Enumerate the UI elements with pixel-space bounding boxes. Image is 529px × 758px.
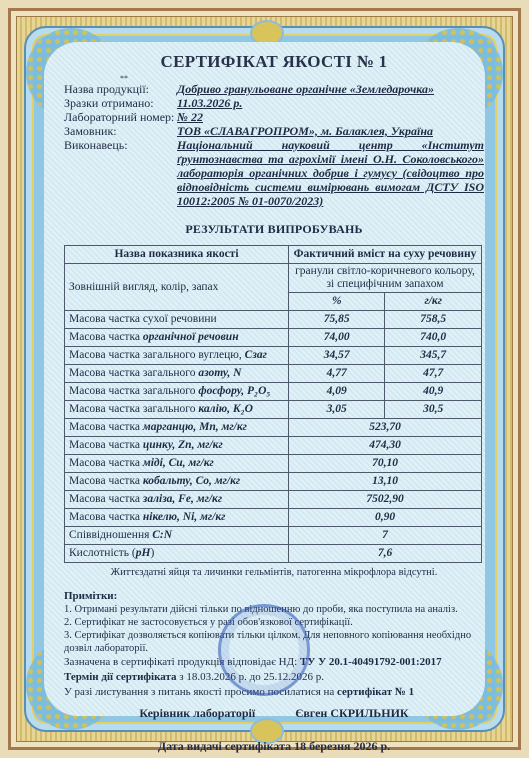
value-gkg: 47,7 <box>385 365 482 383</box>
indicator-emph: кобальту, Co, мг/кг <box>143 475 240 487</box>
stamp-seal <box>218 604 310 696</box>
indicator-name: Кислотність (pH) <box>65 545 289 563</box>
table-row: Масова частка загального азоту, N4,7747,… <box>65 365 482 383</box>
table-row: Масова частка загального вуглецю, Сзаг34… <box>65 347 482 365</box>
info-label: Лабораторний номер: <box>64 110 177 124</box>
table-row: Співвідношення C:N7 <box>65 527 482 545</box>
header-name: Назва показника якості <box>65 246 289 264</box>
value: 13,10 <box>289 473 482 491</box>
notes-title: Примітки: <box>64 590 484 603</box>
info-value: 11.03.2026 р. <box>177 96 484 110</box>
indicator-name: Масова частка загального вуглецю, Сзаг <box>65 347 289 365</box>
value-percent: 34,57 <box>289 347 385 365</box>
indicator-emph: C:N <box>152 529 172 541</box>
table-row: Масова частка загального фосфору, P₂O₅4,… <box>65 383 482 401</box>
correspondence-ref: сертифікат № 1 <box>337 686 414 698</box>
table-row: Масова частка марганцю, Mn, мг/кг523,70 <box>65 419 482 437</box>
info-row: Лабораторний номер:№ 22 <box>64 110 484 124</box>
value-percent: 75,85 <box>289 311 385 329</box>
indicator-name: Масова частка марганцю, Mn, мг/кг <box>65 419 289 437</box>
value: 523,70 <box>289 419 482 437</box>
table-row: Зовнішній вигляд, колір, запахгранули св… <box>65 264 482 293</box>
indicator-emph: азоту, N <box>198 367 241 379</box>
indicator-emph: Сзаг <box>245 349 267 361</box>
indicator-name: Масова частка цинку, Zn, мг/кг <box>65 437 289 455</box>
value-percent: 3,05 <box>289 401 385 419</box>
value: 7502,90 <box>289 491 482 509</box>
info-value: № 22 <box>177 110 484 124</box>
table-row: Масова частка міді, Cu, мг/кг70,10 <box>65 455 482 473</box>
info-row: Виконавець:Національний науковий центр «… <box>64 138 484 208</box>
info-row: Зразки отримано:11.03.2026 р. <box>64 96 484 110</box>
indicator-emph: заліза, Fe, мг/кг <box>143 493 222 505</box>
indicator-name: Співвідношення C:N <box>65 527 289 545</box>
indicator-name: Масова частка заліза, Fe, мг/кг <box>65 491 289 509</box>
results-table: Назва показника якостіФактичний вміст на… <box>64 245 482 563</box>
asterisk-mark: ** <box>120 74 128 83</box>
indicator-emph: нікелю, Ni, мг/кг <box>143 511 226 523</box>
value-percent: 4,09 <box>289 383 385 401</box>
validity-label: Термін дії сертифіката <box>64 671 177 683</box>
signer-name: Євген СКРИЛЬНИК <box>295 706 408 721</box>
indicator-name: Масова частка сухої речовини <box>65 311 289 329</box>
indicator-name: Масова частка кобальту, Co, мг/кг <box>65 473 289 491</box>
issue-date: Дата видачі сертифіката 18 березня 2026 … <box>64 739 484 754</box>
table-header-row: Назва показника якостіФактичний вміст на… <box>65 246 482 264</box>
indicator-emph: цинку, Zn, мг/кг <box>143 439 223 451</box>
indicator-emph: фосфору, P₂O₅ <box>198 385 270 397</box>
compliance-doc: ТУ У 20.1-40491792-001:2017 <box>300 656 442 668</box>
table-row: Масова частка заліза, Fe, мг/кг7502,90 <box>65 491 482 509</box>
indicator-emph: міді, Cu, мг/кг <box>143 457 214 469</box>
unit-percent: % <box>289 293 385 311</box>
value-gkg: 30,5 <box>385 401 482 419</box>
indicator-name: Масова частка загального азоту, N <box>65 365 289 383</box>
table-row: Масова частка цинку, Zn, мг/кг474,30 <box>65 437 482 455</box>
certificate-title: СЕРТИФІКАТ ЯКОСТІ № 1 <box>64 52 484 72</box>
appearance-label: Зовнішній вигляд, колір, запах <box>65 264 289 311</box>
header-value: Фактичний вміст на суху речовину <box>289 246 482 264</box>
info-row: Назва продукції:Добриво гранульоване орг… <box>64 82 484 96</box>
info-label: Виконавець: <box>64 138 177 208</box>
results-title: РЕЗУЛЬТАТИ ВИПРОБУВАНЬ <box>64 222 484 237</box>
indicator-emph: pH <box>136 547 151 559</box>
table-row: Масова частка органічної речовин74,00740… <box>65 329 482 347</box>
correspondence-prefix: У разі листування з питань якості просим… <box>64 686 337 698</box>
signature-row: Керівник лабораторії Євген СКРИЛЬНИК <box>64 706 484 721</box>
value-gkg: 740,0 <box>385 329 482 347</box>
value-percent: 74,00 <box>289 329 385 347</box>
value: 70,10 <box>289 455 482 473</box>
info-value: Національний науковий центр «Інститут ґр… <box>177 138 484 208</box>
certificate-page: СЕРТИФІКАТ ЯКОСТІ № 1 ** Назва продукції… <box>0 0 529 758</box>
appearance-value: гранули світло-коричневого кольору, зі с… <box>289 264 482 293</box>
footnote: Життєздатні яйця та личинки гельмінтів, … <box>64 567 484 578</box>
table-row: Кислотність (pH)7,6 <box>65 545 482 563</box>
value: 7,6 <box>289 545 482 563</box>
table-row: Масова частка сухої речовини75,85758,5 <box>65 311 482 329</box>
indicator-name: Масова частка загального калію, K₂O <box>65 401 289 419</box>
indicator-name: Масова частка загального фосфору, P₂O₅ <box>65 383 289 401</box>
value-gkg: 345,7 <box>385 347 482 365</box>
indicator-emph: калію, K₂O <box>198 403 253 415</box>
info-value: ТОВ «СЛАВАГРОПРОМ», м. Балаклея, Україна <box>177 124 484 138</box>
indicator-name: Масова частка нікелю, Ni, мг/кг <box>65 509 289 527</box>
table-row: Масова частка нікелю, Ni, мг/кг0,90 <box>65 509 482 527</box>
signer-role: Керівник лабораторії <box>139 706 255 721</box>
unit-gkg: г/кг <box>385 293 482 311</box>
value-gkg: 40,9 <box>385 383 482 401</box>
info-label: Замовник: <box>64 124 177 138</box>
indicator-emph: марганцю, Mn, мг/кг <box>143 421 247 433</box>
info-label: Зразки отримано: <box>64 96 177 110</box>
value: 7 <box>289 527 482 545</box>
indicator-name: Масова частка міді, Cu, мг/кг <box>65 455 289 473</box>
table-row: Масова частка кобальту, Co, мг/кг13,10 <box>65 473 482 491</box>
value-percent: 4,77 <box>289 365 385 383</box>
info-value: Добриво гранульоване органічне «Земледар… <box>177 82 484 96</box>
info-block: Назва продукції:Добриво гранульоване орг… <box>64 82 484 208</box>
indicator-emph: органічної речовин <box>143 331 239 343</box>
info-row: Замовник:ТОВ «СЛАВАГРОПРОМ», м. Балаклея… <box>64 124 484 138</box>
value: 474,30 <box>289 437 482 455</box>
info-label: Назва продукції: <box>64 82 177 96</box>
value: 0,90 <box>289 509 482 527</box>
indicator-name: Масова частка органічної речовин <box>65 329 289 347</box>
value-gkg: 758,5 <box>385 311 482 329</box>
table-row: Масова частка загального калію, K₂O3,053… <box>65 401 482 419</box>
